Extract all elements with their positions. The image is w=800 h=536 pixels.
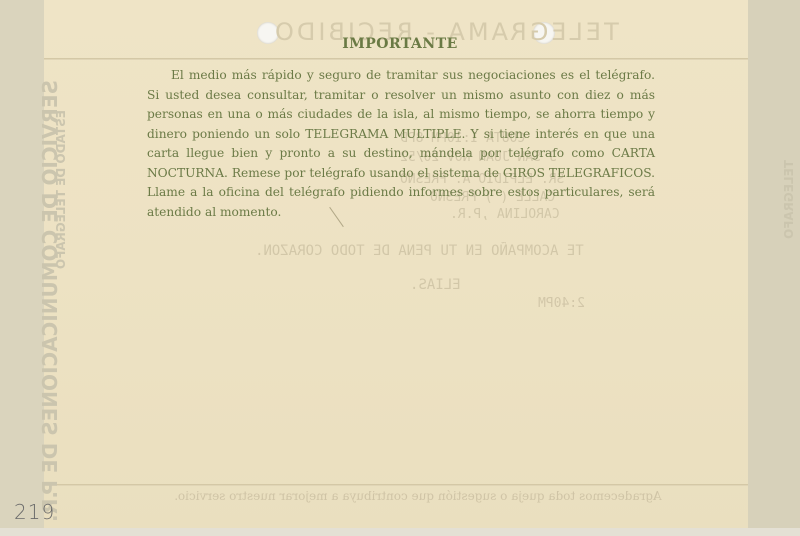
- bottom-edge: [0, 528, 800, 536]
- ghost-left-band-subtext: ESTADO DE TELEGRAFO: [54, 110, 68, 269]
- ghost-time: 2:40PM: [538, 296, 585, 311]
- handwritten-number: 219: [14, 500, 55, 524]
- ghost-message: TE ACOMPAÑO EN TU PENA DE TODO CORAZON.: [255, 243, 584, 259]
- document-body: El medio más rápido y seguro de tramitar…: [147, 66, 655, 222]
- right-side-band: [748, 0, 800, 528]
- ghost-right-band-subtext: TELEGRAFO: [782, 160, 796, 239]
- document-title: IMPORTANTE: [300, 36, 500, 52]
- ghost-footer: Agradecemos toda queja o sugestión que c…: [138, 489, 698, 503]
- top-rule: [44, 58, 748, 60]
- ghost-signature: ELIAS.: [410, 277, 461, 293]
- body-paragraph: El medio más rápido y seguro de tramitar…: [147, 66, 655, 222]
- bottom-rule: [44, 484, 748, 486]
